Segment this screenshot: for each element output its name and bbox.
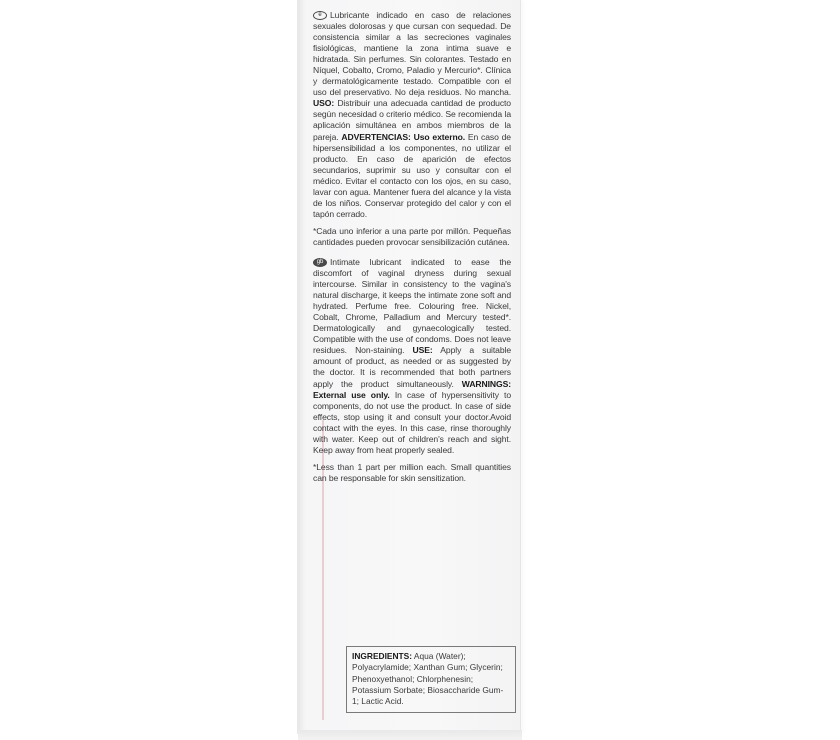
label-text-block: eLubricante indicado en caso de relacion… <box>313 10 511 493</box>
use-heading: USE: <box>413 345 433 355</box>
spanish-footnote: *Cada uno inferior a una parte por milló… <box>313 226 511 248</box>
box-bottom-edge <box>298 730 522 740</box>
english-footnote: *Less than 1 part per million each. Smal… <box>313 462 511 484</box>
uso-heading: USO: <box>313 98 334 108</box>
ingredients-box: INGREDIENTS: Aqua (Water); Polyacrylamid… <box>346 646 516 713</box>
english-language-icon: gb <box>313 258 327 267</box>
spanish-description: eLubricante indicado en caso de relacion… <box>313 10 511 220</box>
english-description: gbIntimate lubricant indicated to ease t… <box>313 257 511 456</box>
advertencias-heading: ADVERTENCIAS: Uso externo. <box>341 132 465 142</box>
ingredients-heading: INGREDIENTS: <box>352 651 412 661</box>
spanish-language-icon: e <box>313 11 327 20</box>
